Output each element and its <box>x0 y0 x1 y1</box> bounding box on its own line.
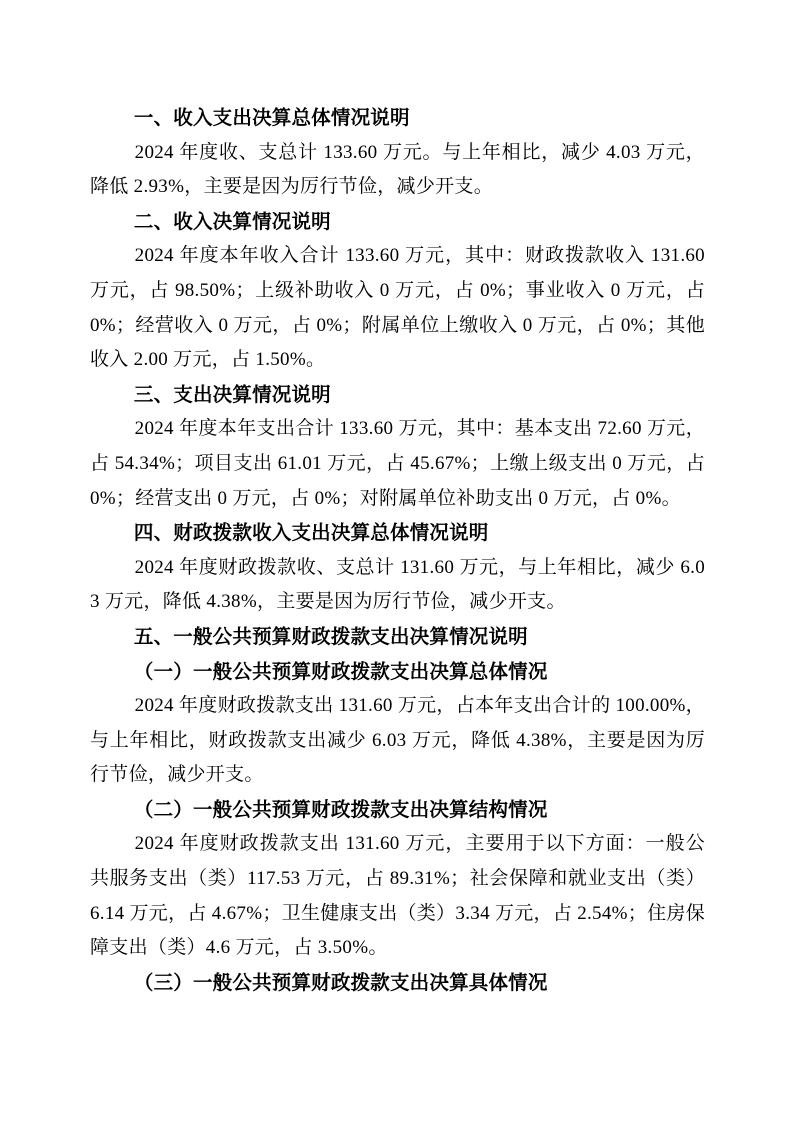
section-heading-income-expense-overall: 一、收入支出决算总体情况说明 <box>90 101 705 136</box>
section-heading-expense-final-accounts: 三、支出决算情况说明 <box>90 378 705 413</box>
paragraph-income-final-accounts: 2024 年度本年收入合计 133.60 万元，其中：财政拨款收入 131.60… <box>90 239 705 377</box>
paragraph-income-expense-overall: 2024 年度收、支总计 133.60 万元。与上年相比，减少 4.03 万元，… <box>90 136 705 205</box>
paragraph-expense-final-accounts: 2024 年度本年支出合计 133.60 万元，其中：基本支出 72.60 万元… <box>90 412 705 516</box>
section-heading-income-final-accounts: 二、收入决算情况说明 <box>90 205 705 240</box>
subsection-heading-structure-situation: （二）一般公共预算财政拨款支出决算结构情况 <box>90 793 705 828</box>
subsection-heading-overall-situation: （一）一般公共预算财政拨款支出决算总体情况 <box>90 655 705 690</box>
document-body: 一、收入支出决算总体情况说明 2024 年度收、支总计 133.60 万元。与上… <box>90 101 705 1000</box>
document-page: 一、收入支出决算总体情况说明 2024 年度收、支总计 133.60 万元。与上… <box>0 0 793 1122</box>
subsection-heading-specific-situation: （三）一般公共预算财政拨款支出决算具体情况 <box>90 966 705 1001</box>
section-heading-general-public-budget-expense: 五、一般公共预算财政拨款支出决算情况说明 <box>90 620 705 655</box>
paragraph-structure-situation: 2024 年度财政拨款支出 131.60 万元，主要用于以下方面：一般公共服务支… <box>90 827 705 965</box>
section-heading-fiscal-appropriation-overall: 四、财政拨款收入支出决算总体情况说明 <box>90 516 705 551</box>
paragraph-fiscal-appropriation-overall: 2024 年度财政拨款收、支总计 131.60 万元，与上年相比，减少 6.03… <box>90 551 705 620</box>
paragraph-overall-situation: 2024 年度财政拨款支出 131.60 万元，占本年支出合计的 100.00%… <box>90 689 705 793</box>
